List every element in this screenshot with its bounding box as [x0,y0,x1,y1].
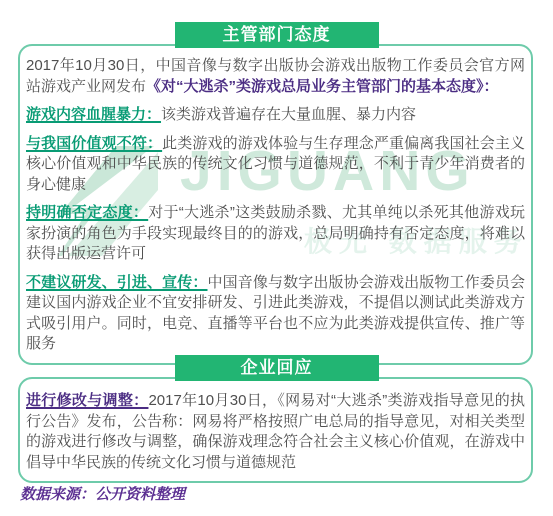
item-text: 该类游戏普遍存在大量血腥、暴力内容 [161,106,416,123]
data-source-note: 数据来源：公开资料整理 [20,483,185,504]
intro-paragraph: 2017年10月30日，中国音像与数字出版协会游戏出版物工作委员会官方网站游戏产… [26,56,525,97]
item-lead: 持明确否定态度： [26,204,148,221]
section-badge-authority-attitude: 主管部门态度 [175,22,379,48]
response-item-adjustment: 进行修改与调整：2017年10月30日，《网易对“大逃杀”类游戏指导意见的执行公… [26,391,525,473]
item-lead: 进行修改与调整： [26,392,148,409]
attitude-item-no-development: 不建议研发、引进、宣传：中国音像与数字出版协会游戏出版物工作委员会建议国内游戏企… [26,273,525,355]
item-lead: 游戏内容血腥暴力： [26,106,161,123]
attitude-item-negative-stance: 持明确否定态度：对于“大逃杀”这类鼓励杀戮、尤其单纯以杀死其他游戏玩家扮演的角色… [26,203,525,265]
infographic-page: JIGUANG 极光 数据服务 主管部门态度 2017年10月30日，中国音像与… [0,0,553,516]
attitude-item-bloody-content: 游戏内容血腥暴力：该类游戏普遍存在大量血腥、暴力内容 [26,105,525,126]
section-badge-company-response: 企业回应 [175,355,379,381]
authority-attitude-card: 2017年10月30日，中国音像与数字出版协会游戏出版物工作委员会官方网站游戏产… [18,44,533,365]
item-lead: 与我国价值观不符： [26,135,162,152]
attitude-item-values-mismatch: 与我国价值观不符：此类游戏的游戏体验与生存理念严重偏离我国社会主义核心价值观和中… [26,134,525,196]
company-response-card: 进行修改与调整：2017年10月30日，《网易对“大逃杀”类游戏指导意见的执行公… [18,377,533,483]
policy-document-title: 《对“大逃杀”类游戏总局业务主管部门的基本态度》： [146,78,499,95]
item-lead: 不建议研发、引进、宣传： [26,274,208,291]
